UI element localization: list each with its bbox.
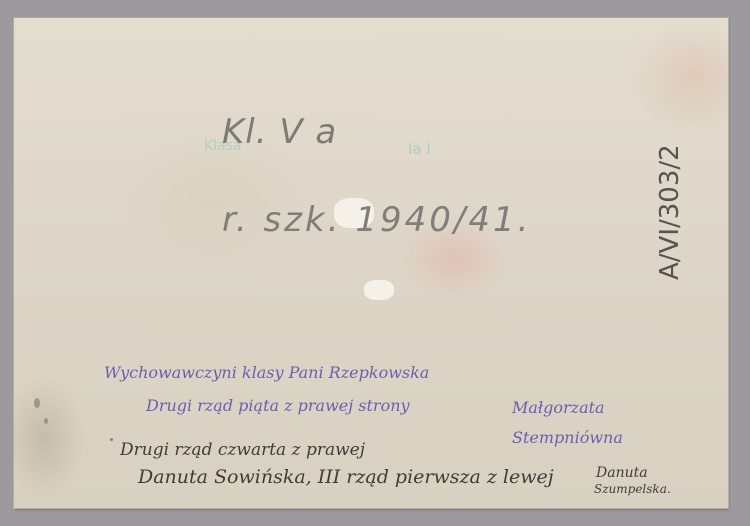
stain <box>364 280 394 300</box>
school-year: r. szk. 1940/41. <box>222 200 531 240</box>
caption-row2-position: Drugi rząd piąta z prawej strony <box>146 396 410 415</box>
class-label-teal-suffix: Ia I <box>408 140 431 158</box>
caption-row2-last-name: Stempniówna <box>512 428 623 447</box>
caption-row3-last-name: Szumpelska. <box>594 482 671 496</box>
caption-teacher: Wychowawczyni klasy Pani Rzepkowska <box>104 363 429 382</box>
caption-row3: Danuta Sowińska, III rząd pierwsza z lew… <box>138 466 554 488</box>
stain <box>34 398 40 408</box>
caption-row3-first-name: Danuta <box>596 465 648 481</box>
caption-row2-first-name: Małgorzata <box>512 398 605 417</box>
stain <box>110 438 113 441</box>
caption-row2-fourth: Drugi rząd czwarta z prawej <box>120 440 365 460</box>
catalog-number: A/VI/303/2 <box>655 144 685 280</box>
class-label: Kl. V a <box>222 112 337 152</box>
stain <box>44 418 48 424</box>
